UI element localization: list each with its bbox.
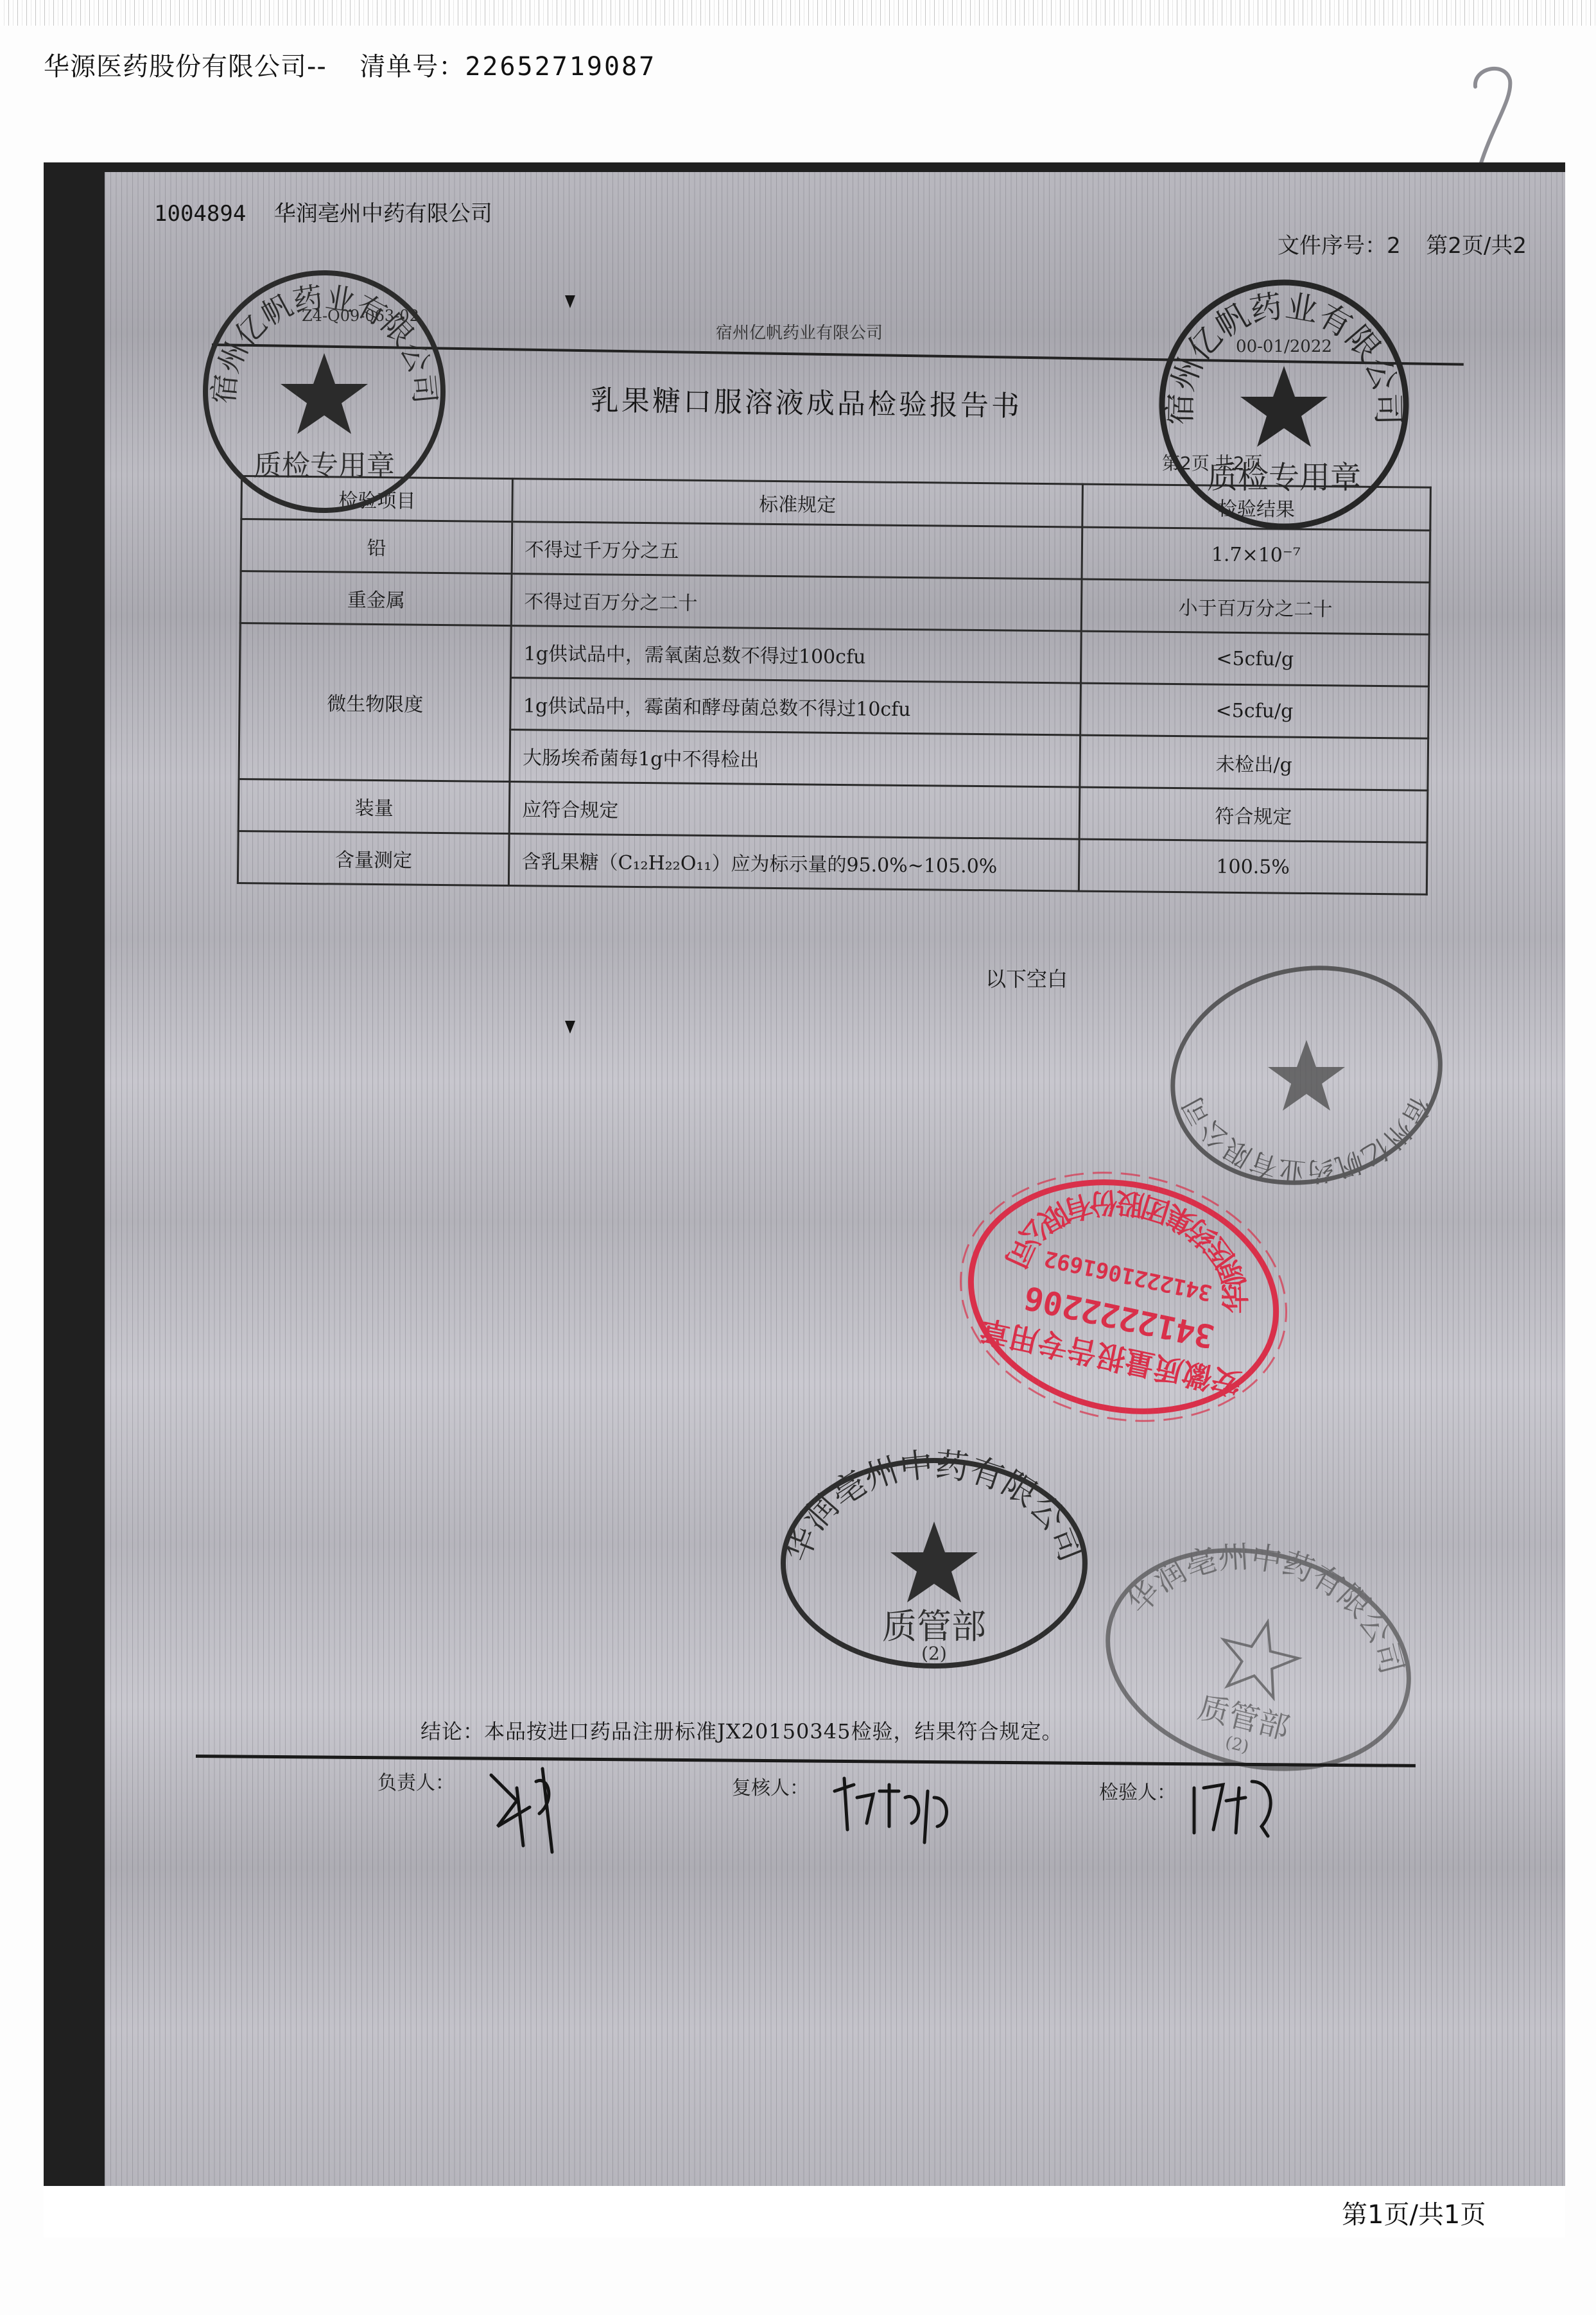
stamp-center-text: 质检专用章 [1207,460,1361,496]
supplier-qc-stamp-left: 宿州亿帆药业有限公司 质检专用章 [196,263,453,520]
recipient-company: 华润亳州中药有限公司 [274,201,492,227]
result-cell: 小于百万分之二十 [1081,579,1430,634]
item-cell: 微生物限度 [239,623,512,782]
standard-cell: 1g供试品中，霉菌和酵母菌总数不得过10cfu [510,678,1080,736]
standard-cell: 应符合规定 [510,782,1080,840]
stamp-sub-text: (2) [921,1643,947,1664]
header-list-label: 清单号： [360,52,465,82]
document-code-line: 1004894 华润亳州中药有限公司 [154,196,492,227]
page-bottom-margin [44,2186,1565,2237]
report-title: 乳果糖口服溶液成品检验报告书 [591,377,1023,424]
result-cell: 符合规定 [1079,787,1428,842]
standard-cell: 不得过千万分之五 [512,522,1082,580]
stamp-ref-text: 00-01/2022 [1236,337,1332,356]
file-sequence-line: 文件序号：2 第2页/共2 [1278,228,1527,259]
conclusion-text: 结论：本品按进口药品注册标准JX20150345检验，结果符合规定。 [421,1715,1063,1745]
standard-cell: 大肠埃希菌每1g中不得检出 [510,730,1080,788]
inspection-results-table: 检验项目 标准规定 检验结果 铅 不得过千万分之五 1.7×10⁻⁷ 重金属 不… [237,475,1432,896]
document-code: 1004894 [154,201,246,227]
item-cell: 装量 [238,779,510,833]
result-cell: <5cfu/g [1080,683,1429,738]
reviewer-label: 复核人： [732,1772,809,1800]
recipient-qa-stamp: 华润亳州中药有限公司 质管部 (2) [777,1451,1091,1669]
issuer-company: 宿州亿帆药业有限公司 [716,320,883,343]
result-cell: <5cfu/g [1080,631,1429,686]
stamp-center-text: 质检专用章 [254,449,395,482]
footer-page-number: 第1页/共1页 [1342,2194,1486,2231]
responsible-label: 负责人： [377,1767,455,1795]
cover-header: 华源医药股份有限公司-- 清单号：22652719087 [44,46,656,83]
recipient-qa-stamp-faded: 华润亳州中药有限公司 质管部 (2) [1098,1541,1419,1772]
item-cell: 铅 [241,519,512,574]
header-list-number: 22652719087 [465,52,656,82]
distributor-quality-stamp-red: 华源医药集团股份有限公司 安徽质量报告专用章 3412222206 341222… [957,1168,1290,1425]
result-cell: 100.5% [1079,839,1427,894]
table-row: 含量测定 含乳果糖（C₁₂H₂₂O₁₁）应为标示量的95.0%~105.0% 1… [238,831,1427,894]
item-cell: 含量测定 [238,831,509,885]
handwritten-mark [1470,61,1515,170]
supplier-company-stamp: 宿州亿帆药业有限公司 [1162,957,1451,1188]
result-cell: 1.7×10⁻⁷ [1082,527,1430,582]
supplier-qc-stamp-right: 宿州亿帆药业有限公司 00-01/2022 质检专用章 [1149,276,1419,533]
standard-cell: 不得过百万分之二十 [512,574,1082,632]
standard-cell: 1g供试品中，需氧菌总数不得过100cfu [511,626,1081,684]
responsible-signature [478,1762,587,1859]
header-company: 华源医药股份有限公司-- [44,52,327,82]
file-sequence: 文件序号：2 [1278,233,1401,259]
item-cell: 重金属 [240,571,512,626]
table-row: 微生物限度 1g供试品中，需氧菌总数不得过100cfu <5cfu/g [240,623,1430,687]
inspector-label: 检验人： [1099,1776,1176,1805]
below-blank-note: 以下空白 [985,963,1068,993]
standard-cell: 含乳果糖（C₁₂H₂₂O₁₁）应为标示量的95.0%~105.0% [509,834,1079,892]
reviewer-signature [828,1772,957,1849]
page-reference: 第2页/共2 [1426,233,1527,259]
result-cell: 未检出/g [1080,735,1428,790]
scan-noise-band [0,0,1596,26]
stamp-center-text: 质管部 [882,1606,986,1647]
inspector-signature [1188,1769,1284,1846]
column-header-standard: 标准规定 [512,479,1082,528]
